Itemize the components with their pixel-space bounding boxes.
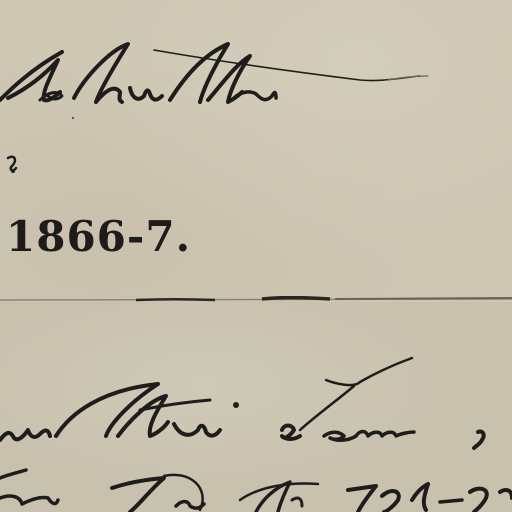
printed-year: 1866-7. [6, 212, 191, 262]
